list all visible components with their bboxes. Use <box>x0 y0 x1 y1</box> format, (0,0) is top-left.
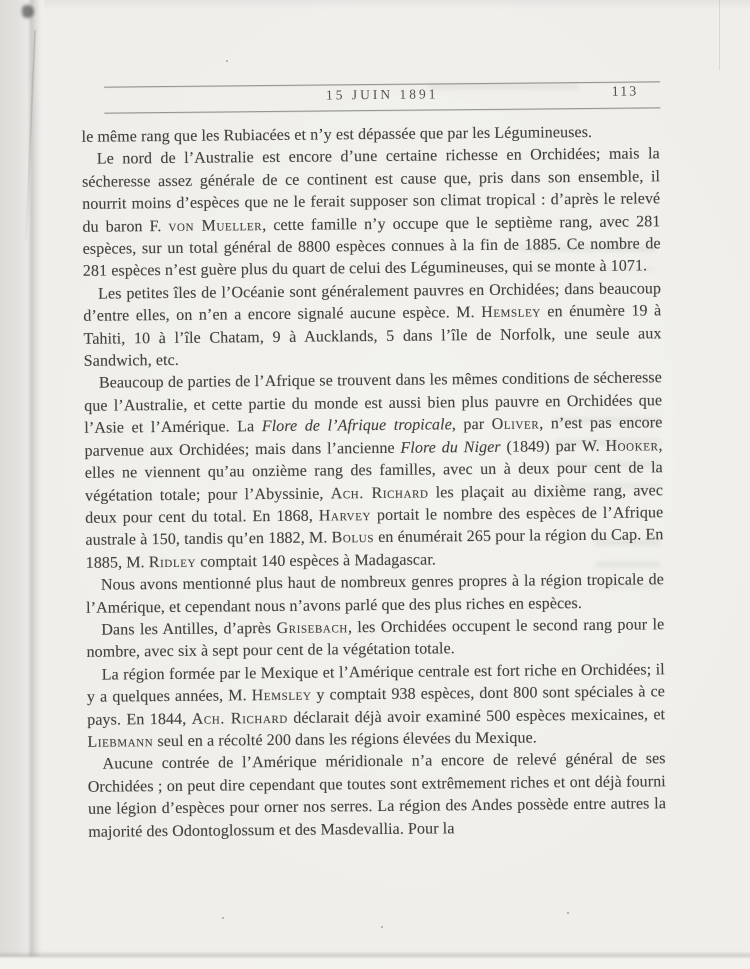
text-segment: , par <box>452 416 492 433</box>
person-name: Oliver <box>492 416 540 433</box>
paragraph: Nous avons mentionné plus haut de nombre… <box>86 569 664 619</box>
paragraph: Dans les Antilles, d’après Grisebach, le… <box>86 614 664 664</box>
issue-date: 15 JUIN 1891 <box>104 84 660 105</box>
text-segment: (1849) par W. <box>501 437 606 455</box>
person-name: Liebmann <box>87 733 153 751</box>
person-name: Hemsley <box>481 304 541 322</box>
work-title: Flore du Niger <box>400 438 500 456</box>
text-segment: comptait 140 espèces à Madagascar. <box>196 551 436 570</box>
person-name: Ach. Richard <box>331 484 429 502</box>
text-segment: seul en a récolté 200 dans les régions é… <box>153 729 537 750</box>
header-row: 15 JUIN 1891 113 <box>104 84 660 107</box>
paragraph: Beaucoup de parties de l’Afrique se trou… <box>84 368 664 575</box>
work-title: Flore de l’Afrique tropicale <box>262 417 452 436</box>
text-segment: le même rang que les Rubiacées et n’y es… <box>82 124 593 146</box>
paragraph: Aucune contrée de l’Amérique méridionale… <box>88 749 667 844</box>
page-number: 113 <box>612 84 639 100</box>
person-name: Hemsley <box>252 687 312 705</box>
text-segment: Aucune contrée de l’Amérique méridionale… <box>88 751 666 841</box>
person-name: Ach. Richard <box>192 709 288 727</box>
text-segment: déclarait déjà avoir examiné 500 espèces… <box>288 706 665 727</box>
paragraph: Les petites îles de l’Océanie sont génér… <box>83 278 662 373</box>
person-name: Ridley <box>149 553 196 570</box>
person-name: Harvey <box>319 507 371 525</box>
text-segment: Nous avons mentionné plus haut de nombre… <box>86 571 664 616</box>
running-header: 15 JUIN 1891 113 <box>0 0 745 4</box>
text-segment: Dans les Antilles, d’après <box>101 620 276 639</box>
person-name: von Mueller <box>168 217 262 235</box>
paragraph: Le nord de l’Australie est encore d’une … <box>82 144 661 284</box>
person-name: Grisebach <box>276 619 348 637</box>
header-rule-bottom <box>104 107 660 113</box>
paragraph: La région formée par le Mexique et l’Amé… <box>87 659 666 754</box>
person-name: Hooker <box>605 437 658 455</box>
page-content: 15 JUIN 1891 113 le même rang que les Ru… <box>0 0 750 969</box>
text-block: le même rang que les Rubiacées et n’y es… <box>82 121 667 844</box>
scanned-page: 15 JUIN 1891 113 le même rang que les Ru… <box>0 0 750 969</box>
person-name: Bolus <box>332 529 375 546</box>
